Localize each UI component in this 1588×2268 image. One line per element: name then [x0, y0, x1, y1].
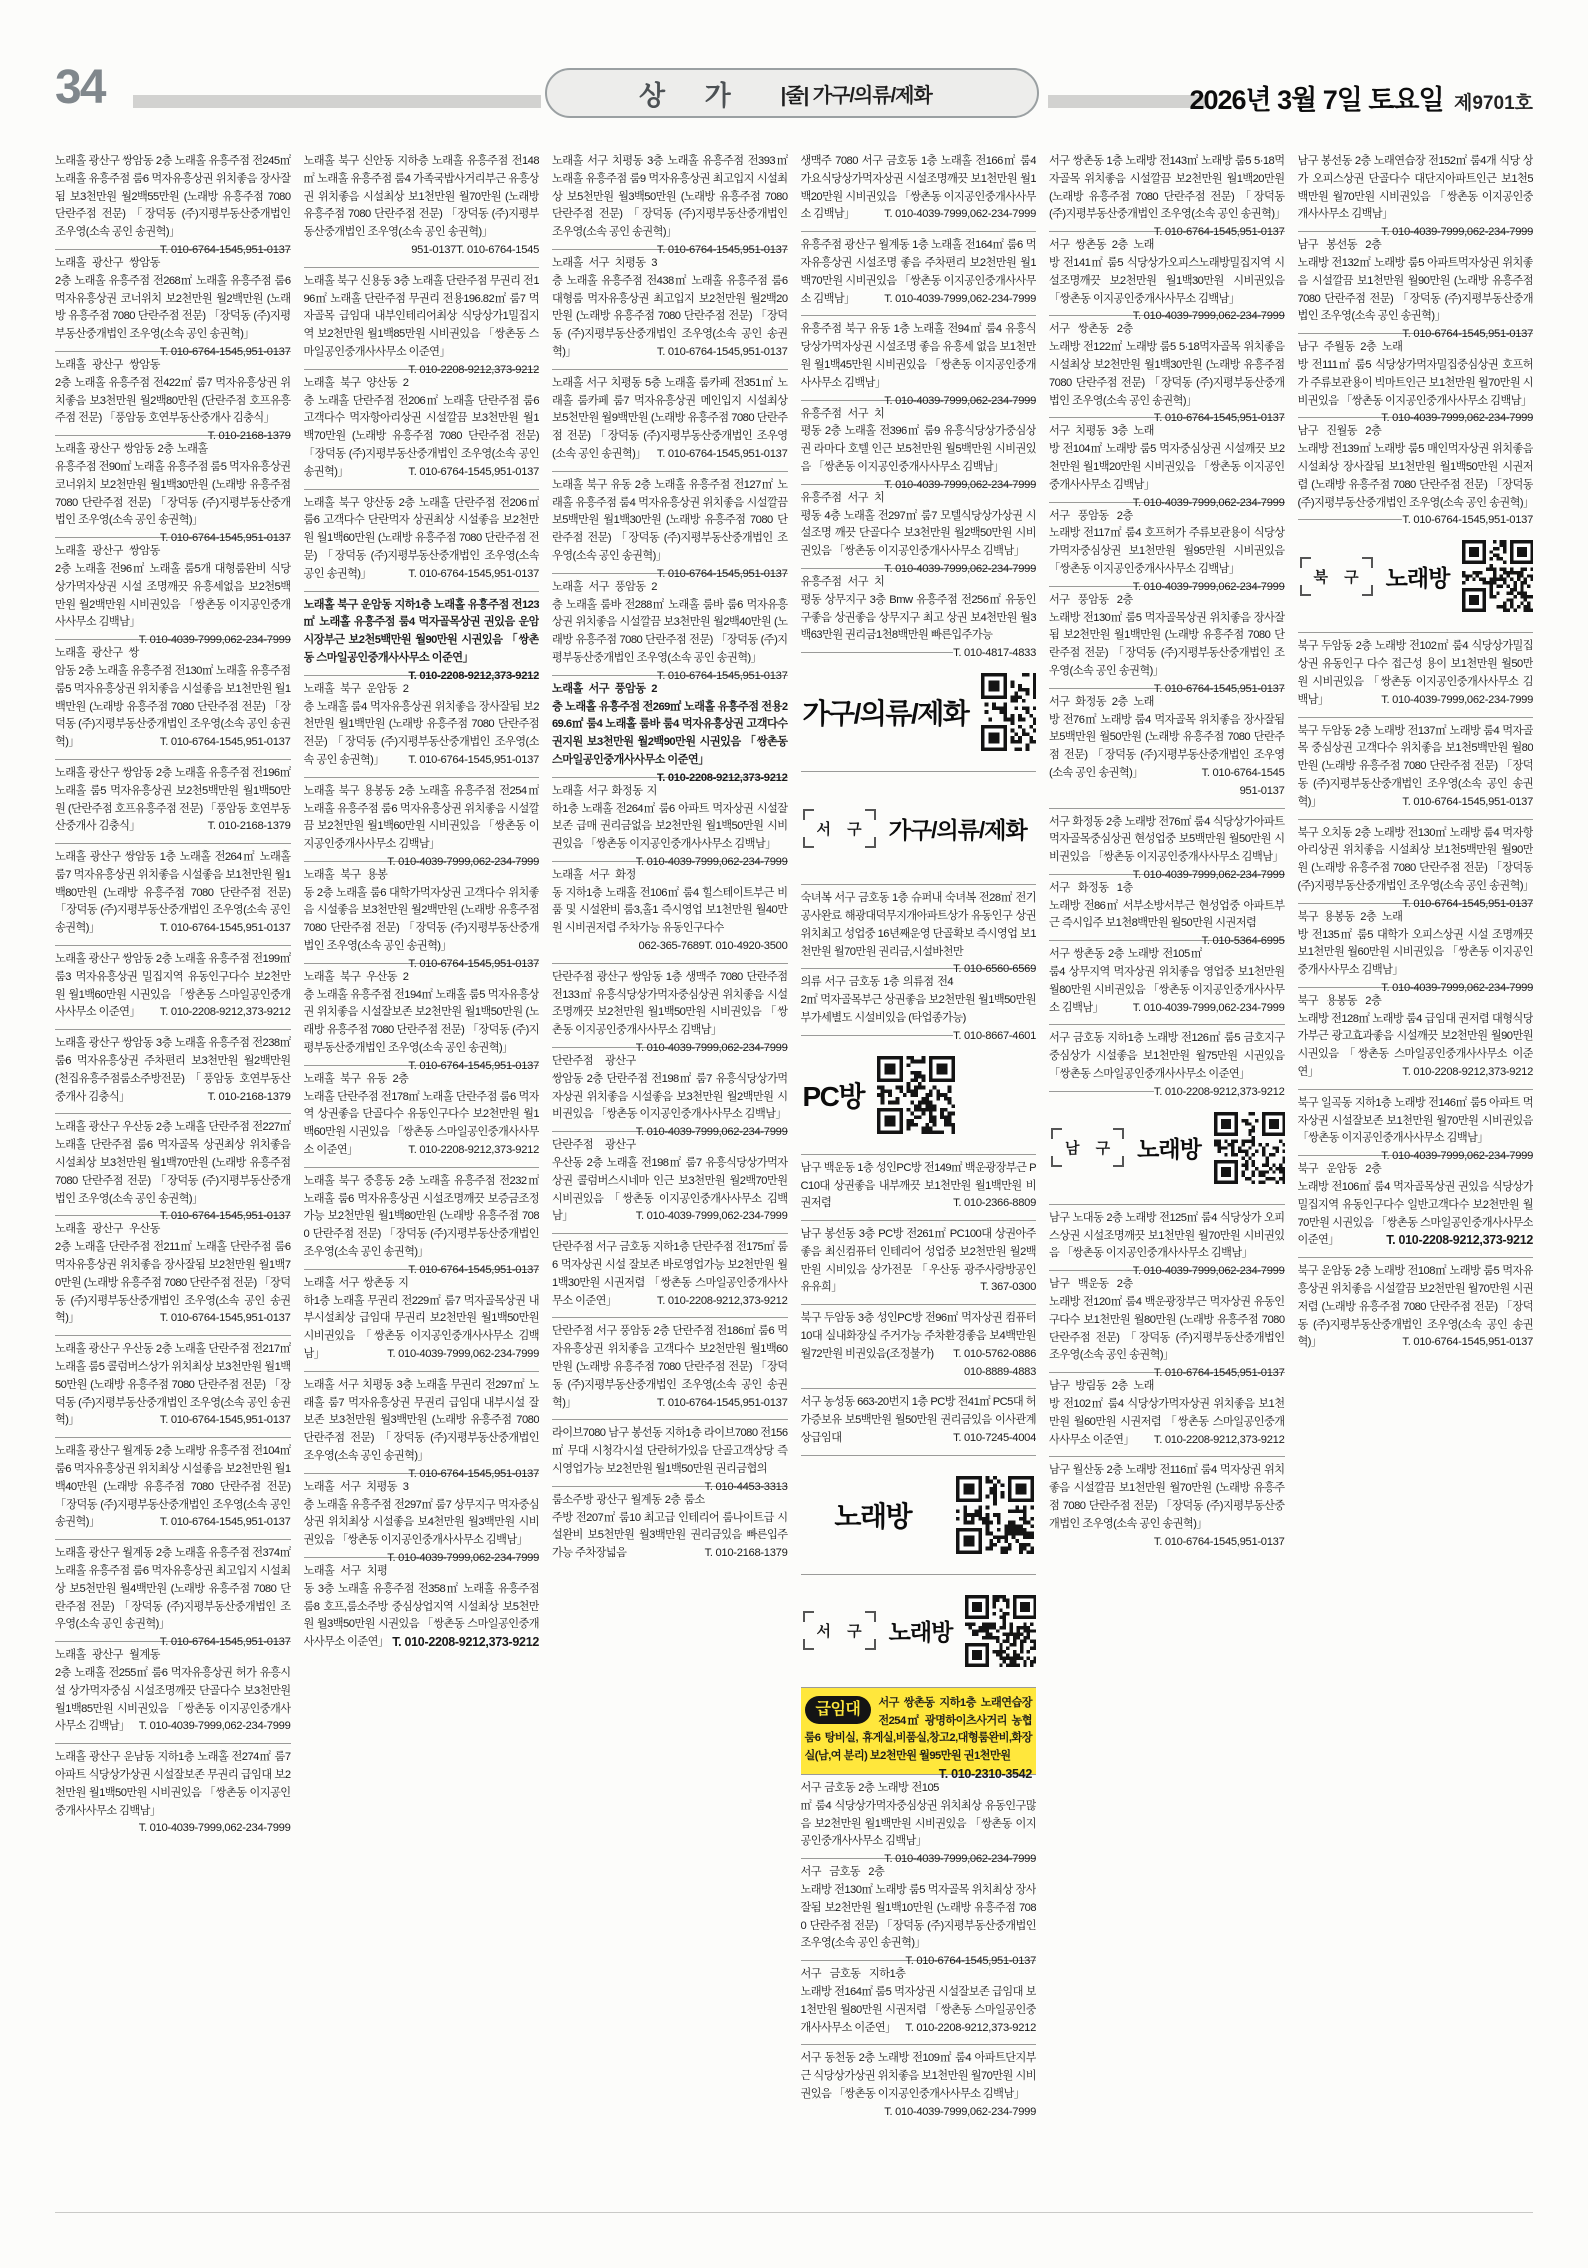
ad-phone: T. 010-4039-7999,062-234-7999 [387, 854, 539, 872]
classified-ad: 노래홀 북구 운암동 지하1층 노래홀 유흥주점 전123㎡ 노래홀 유흥주점 … [304, 591, 540, 675]
ad-phone: T. 010-6764-1545,951-0137 [160, 1412, 291, 1430]
ad-phone: T. 010-2208-9212,373-9212 [905, 2020, 1036, 2038]
header-rule-left [133, 95, 541, 108]
ad-phone: T. 010-6764-1545,951-0137 [1154, 681, 1285, 699]
ad-text: 라이브7080 남구 봉선동 지하1층 라이브7080 전156㎡ 무대 시청각… [552, 1427, 788, 1475]
ad-text: 서구 금호동 2층 노래방 전130㎡ 노래방 룸5 먹자골목 위치최상 장사잘… [801, 1866, 1037, 1949]
ads-column: 생맥주 7080 서구 금호동 1층 노래홀 전166㎡ 룸4 가요식당상가먹자… [801, 148, 1037, 2200]
classified-ad: 노래홀 광산구 우산동 2층 노래홀 단란주점 전211㎡ 노래홀 단란주점 룸… [55, 1215, 291, 1335]
classified-ad: 남구 월산동 2층 노래방 전116㎡ 룸4 먹자상권 위치좋음 시설깔끔 보1… [1049, 1456, 1285, 1540]
ad-text: 노래홀 북구 유동 2층 노래홀 유흥주점 전127㎡ 노래홀 유흥주점 룸4 … [552, 479, 788, 562]
classified-ad: 유흥주점 북구 유동 1층 노래홀 전94㎡ 룸4 유흥식당상가먹자상권 시설조… [801, 315, 1037, 399]
classified-ad: 노래홀 서구 화정동 지하1층 노래홀 전106㎡ 룸4 힐스테이트부근 비품 … [552, 861, 788, 963]
ads-column: 노래홀 광산구 쌍암동 2층 노래홀 유흥주점 전245㎡ 노래홀 유흥주점 룸… [55, 148, 291, 2200]
classified-ad: 서구 풍암동 2층 노래방 전130㎡ 룸5 먹자골목상권 위치좋음 장사잘됨 … [1049, 586, 1285, 688]
classified-ad: 노래홀 북구 용봉동 2층 노래홀 유흥주점 전254㎡ 노래홀 유흥주점 룸6… [304, 777, 540, 861]
ad-text: 남구 월산동 2층 노래방 전116㎡ 룸4 먹자상권 위치좋음 시설깔끔 보1… [1049, 1464, 1285, 1529]
classified-ad: 서구 쌍촌동 2층 노래방 전122㎡ 노래방 룸5 5·18먹자골목 위치좋음… [1049, 315, 1285, 417]
ad-text: 의류 서구 금호동 1층 의류점 전42㎡ 먹자골목부근 상권좋음 보2천만원 … [801, 976, 1037, 1024]
ad-phone: T. 010-4039-7999,062-234-7999 [1381, 224, 1533, 242]
ad-text: 노래홀 광산구 우산동 2층 노래홀 단란주점 전227㎡ 노래홀 단란주점 룸… [55, 1121, 291, 1204]
district-section-header: 서 구노래방 [801, 1574, 1037, 1687]
section-header-title: 노래방 [1137, 1131, 1201, 1164]
classified-ad: 단란주점 광산구 쌍암동 2층 단란주점 전198㎡ 룸7 유흥식당상가먹자상권… [552, 1047, 788, 1131]
ad-text: 노래홀 북구 양산동 2층 노래홀 단란주점 전206㎡ 노래홀 단란주점 룸6… [304, 377, 540, 478]
classified-ad: 노래홀 서구 치평동 3층 노래홀 유흥주점 전393㎡ 노래홀 유흥주점 룸9… [552, 148, 788, 249]
ad-text: 노래홀 광산구 쌍암동 2층 노래홀 유흥주점 전90㎡ 노래홀 유흥주점 룸5… [55, 443, 291, 526]
classified-ad: 남구 봉선동 3층 PC방 전261㎡ PC100대 상권아주좋음 최신컴퓨터 … [801, 1220, 1037, 1304]
ad-text: 남구 주월동 2층 노래방 전111㎡ 룸5 식당상가먹자밀집중심상권 호프허가… [1298, 341, 1534, 406]
classified-ad: 단란주점 서구 금호동 지하1층 단란주점 전175㎡ 룸6 먹자상권 시설 잘… [552, 1233, 788, 1317]
ad-text: 노래홀 서구 화정동 지하1층 노래홀 전264㎡ 룸6 아파트 먹자상권 시설… [552, 785, 788, 850]
classified-ad: 서구 쌍촌동 2층 노래방 전141㎡ 룸5 식당상가오피스노래방밀집지역 시설… [1049, 231, 1285, 315]
ad-phone: T. 010-6764-1545 [456, 242, 539, 260]
ad-phone: T. 010-4039-7999,062-234-7999 [884, 561, 1036, 579]
page-bottom-rule [55, 2212, 1533, 2213]
classified-ad: 서구 화정동 2층 노래방 전76㎡ 룸4 식당상가아파트먹자골목중심상권 현성… [1049, 808, 1285, 874]
section-header: 노래방 [801, 1455, 1037, 1574]
ad-phone: T. 010-6764-1545,951-0137 [160, 530, 291, 548]
section-header: PC방 [801, 1035, 954, 1154]
ad-text: 서구 치평동 3층 노래방 전104㎡ 노래방 룸5 먹자중심상권 시설깨끗 보… [1049, 425, 1285, 490]
section-header: 가구/의류/제화 [801, 652, 954, 771]
classified-ad: 유흥주점 광산구 월계동 1층 노래홀 전164㎡ 룸6 먹자유흥상권 시설조명… [801, 231, 1037, 315]
ad-phone: T. 010-4039-7999,062-234-7999 [139, 632, 291, 650]
ad-text: 남구 봉선동 2층 노래연습장 전152㎡ 룸4개 식당 상가 오피스상권 단골… [1298, 155, 1534, 220]
classified-ad: 남구 주월동 2층 노래방 전111㎡ 룸5 식당상가먹자밀집중심상권 호프허가… [1298, 333, 1534, 417]
ad-phone: T. 010-4039-7999,062-234-7999 [1133, 308, 1285, 326]
classified-ad: 노래홀 서구 치평동 3층 노래홀 유흥주점 전358㎡ 노래홀 유흥주점 룸8… [304, 1557, 540, 1659]
ad-text: 노래홀 서구 치평동 3층 노래홀 유흥주점 전393㎡ 노래홀 유흥주점 룸9… [552, 155, 788, 238]
ad-phone: T. 010-2208-9212,373-9212 [1154, 1084, 1285, 1102]
classified-ad: 서구 금호동 2층 노래방 전105㎡ 룸4 식당상가먹자중심상권 위치최상 유… [801, 1774, 1037, 1858]
ad-text: 북구 일곡동 지하1층 노래방 전146㎡ 룸5 아파트 먹자상권 시설잘보존 … [1298, 1097, 1534, 1145]
ad-phone: T. 010-6764-1545,951-0137 [408, 1058, 539, 1076]
ad-phone: T. 010-6764-1545,951-0137 [160, 920, 291, 938]
ad-text: 노래홀 광산구 쌍암동 2층 노래홀 유흥주점 전268㎡ 노래홀 유흥주점 룸… [55, 257, 291, 340]
classified-ad: 남구 백운동 1층 성인PC방 전149㎡ 백운광장부근 PC10대 상권좋음 … [801, 1154, 1037, 1220]
ad-phone: T. 010-2208-9212,373-9212 [1386, 1232, 1533, 1250]
ad-phone: T. 010-4039-7999,062-234-7999 [884, 2104, 1036, 2122]
classified-ad: 단란주점 광산구 우산동 2층 노래홀 전198㎡ 룸7 유흥식당상가먹자상권 … [552, 1131, 788, 1233]
classified-ad: 숙녀복 서구 금호동 1층 슈퍼내 숙녀복 전28㎡ 전기공사완료 해광대덕무지… [801, 884, 1037, 968]
district-section-header: 남 구노래방 [1049, 1091, 1154, 1204]
ads-column: 서구 쌍촌동 1층 노래방 전143㎡ 노래방 룸5 5·18먹자골목 위치좋음… [1049, 148, 1285, 2200]
section-header-title: 가구/의류/제화 [889, 812, 1027, 845]
classified-ad: 북구 용봉동 2층 노래방 전135㎡ 룸5 대학가 오피스상권 시설 조명깨끗… [1298, 903, 1534, 987]
classified-ad: 남구 백운동 2층 노래방 전120㎡ 룸4 백운광장부근 먹자상권 유동인구다… [1049, 1270, 1285, 1372]
classified-ad: 노래홀 북구 유동 2층 노래홀 유흥주점 전127㎡ 노래홀 유흥주점 룸4 … [552, 471, 788, 573]
classified-ad: 노래홀 광산구 쌍암동 2층 노래홀 유흥주점 전199㎡ 룸3 먹자유흥상권 … [55, 945, 291, 1029]
classified-ad: 남구 진월동 2층 노래방 전139㎡ 노래방 룸5 매인먹자상권 위치좋음 시… [1298, 417, 1534, 519]
classified-ad: 서구 치평동 3층 노래방 전104㎡ 노래방 룸5 먹자중심상권 시설깨끗 보… [1049, 417, 1285, 501]
ad-text: 노래홀 북구 운암동 지하1층 노래홀 유흥주점 전123㎡ 노래홀 유흥주점 … [304, 599, 540, 664]
classified-ad: 노래홀 북구 유동 2층 노래홀 단란주점 전178㎡ 노래홀 단란주점 룸6 … [304, 1065, 540, 1167]
ad-phone: T. 010-6764-1545,951-0137 [160, 1514, 291, 1532]
ad-phone: T. 010-6764-1545 [1202, 765, 1285, 783]
ad-phone: T. 010-6764-1545,951-0137 [408, 956, 539, 974]
classified-ad: 유흥주점 서구 치평동 2층 노래홀 전396㎡ 룸9 유흥식당상가중심상권 라… [801, 400, 1037, 484]
section-header-title: 노래방 [1386, 560, 1450, 593]
ad-text: 노래홀 북구 용봉동 2층 노래홀 룸6 대학가먹자상권 고객다수 위치좋음 시… [304, 869, 540, 952]
classified-ad: 서구 풍암동 2층 노래방 전117㎡ 룸4 호프허가 주류보관용이 식당상가먹… [1049, 502, 1285, 586]
ad-phone: T. 010-2208-9212,373-9212 [657, 770, 788, 788]
ad-phone: T. 010-6764-1545,951-0137 [160, 734, 291, 752]
ad-text: 남구 백운동 2층 노래방 전120㎡ 룸4 백운광장부근 먹자상권 유동인구다… [1049, 1278, 1285, 1361]
ad-text: 노래홀 서구 화정동 지하1층 노래홀 전106㎡ 룸4 힐스테이트부근 비품 … [552, 869, 788, 934]
classified-ad: 남구 봉선동 2층 노래연습장 전152㎡ 룸4개 식당 상가 오피스상권 단골… [1298, 148, 1534, 231]
page-number: 34 [55, 60, 104, 115]
classified-ad: 북구 운암동 2층 노래방 전106㎡ 룸4 먹자골목상권 권있음 식당상가밀집… [1298, 1155, 1534, 1257]
classified-ad: 북구 두암동 2층 노래방 전102㎡ 룸4 식당상가밀집상권 유동인구 다수 … [1298, 632, 1534, 716]
ad-phone: T. 010-6764-1545,951-0137 [657, 242, 788, 260]
classified-ad: 생맥주 7080 서구 금호동 1층 노래홀 전166㎡ 룸4 가요식당상가먹자… [801, 148, 1037, 231]
ad-phone: T. 010-4039-7999,062-234-7999 [884, 206, 1036, 224]
classified-ad: 북구 운암동 2층 노래방 전108㎡ 노래방 룸5 먹자유흥상권 위치좋음 시… [1298, 1257, 1534, 1359]
classified-ad: 서구 금호동 지하1층 노래방 전164㎡ 룸5 먹자상권 시설잘보존 급임대 … [801, 1960, 1037, 2044]
ad-phone: T. 010-5364-6995 [1202, 933, 1285, 951]
ad-phone: T. 010-4039-7999,062-234-7999 [884, 291, 1036, 309]
ad-phone: T. 010-2310-3542 [939, 1766, 1032, 1784]
ad-text: 남구 노대동 2층 노래방 전125㎡ 룸4 식당상가 오피스상권 시설조명깨끗… [1049, 1212, 1285, 1260]
ad-text: 서구 쌍촌동 1층 노래방 전143㎡ 노래방 룸5 5·18먹자골목 위치좋음… [1049, 155, 1285, 220]
ad-text: 숙녀복 서구 금호동 1층 슈퍼내 숙녀복 전28㎡ 전기공사완료 해광대덕무지… [801, 892, 1037, 957]
classified-ad: 노래홀 북구 양산동 2층 노래홀 단란주점 전206㎡ 노래홀 단란주점 룸6… [304, 369, 540, 489]
district-section-header: 북 구노래방 [1298, 519, 1403, 632]
ad-text: 노래홀 광산구 운남동 지하1층 노래홀 전274㎡ 룸7 아파트 식당상가상권… [55, 1751, 291, 1816]
section-header-title: 노래방 [889, 1614, 953, 1647]
ad-phone: T. 010-4039-7999,062-234-7999 [1381, 980, 1533, 998]
ad-phone: T. 010-6764-1545,951-0137 [1402, 794, 1533, 812]
classified-ad: 서구 농성동 663-20번지 1층 PC방 전41㎡ PC5대 허가증보유 보… [801, 1388, 1037, 1454]
classified-ad: 서구 화정동 2층 노래방 전76㎡ 노래방 룸4 먹자골목 위치좋음 장사잘됨… [1049, 688, 1285, 808]
classified-ad: 노래홀 광산구 쌍암동 2층 노래홀 유흥주점 전422㎡ 룸7 먹자유흥상권 … [55, 351, 291, 435]
urgent-rental-badge: 급임대 [805, 1696, 872, 1724]
classified-ad: 노래홀 서구 쌍촌동 지하1층 노래홀 무권리 전229㎡ 룸7 먹자골목상권 … [304, 1269, 540, 1371]
ad-phone: T. 010-4039-7999,062-234-7999 [387, 1346, 539, 1364]
ad-phone: T. 010-2208-9212,373-9212 [657, 1293, 788, 1311]
ad-text: 노래홀 북구 신용동 3층 노래홀 단란주점 무권리 전196㎡ 노래홀 단란주… [304, 275, 540, 358]
ad-text: 노래홀 서구 풍암동 2층 노래홀 룸바 전288㎡ 노래홀 룸바 룸6 먹자유… [552, 581, 788, 664]
classified-ad: 노래홀 광산구 운남동 지하1층 노래홀 전274㎡ 룸7 아파트 식당상가상권… [55, 1743, 291, 1827]
section-header-title: 노래방 [803, 1495, 944, 1535]
ad-text: 유흥주점 서구 치평동 4층 노래홀 전297㎡ 룸7 모텔식당상가상권 시설조… [801, 492, 1037, 557]
ad-phone: T. 010-4453-3313 [705, 1479, 788, 1497]
qr-code [1462, 540, 1533, 612]
classified-ad: 룸소주방 광산구 월계동 2층 룸소주방 전207㎡ 룸10 최고급 인테리어 … [552, 1486, 788, 1570]
ad-text: 노래홀 북구 중흥동 2층 노래홀 유흥주점 전232㎡ 노래홀 룸6 먹자유흥… [304, 1175, 540, 1258]
ad-text: 노래홀 서구 치평동 3층 노래홀 유흥주점 전438㎡ 노래홀 유흥주점 룸6… [552, 257, 788, 358]
ad-phone: T. 010-4039-7999,062-234-7999 [1133, 579, 1285, 597]
classified-ad: 노래홀 북구 중흥동 2층 노래홀 유흥주점 전232㎡ 노래홀 룸6 먹자유흥… [304, 1167, 540, 1269]
ad-phone: T. 010-7245-4004 [953, 1430, 1036, 1448]
classified-ad: 노래홀 광산구 쌍암동 3층 노래홀 유흥주점 전238㎡ 룸6 먹자유흥상권 … [55, 1029, 291, 1113]
ad-text: 단란주점 광산구 쌍암동 1층 생맥주 7080 단란주점 전133㎡ 유흥식당… [552, 971, 788, 1036]
ad-text: 노래홀 서구 치평동 3층 노래홀 유흥주점 전297㎡ 룸7 상무지구 먹자중… [304, 1481, 540, 1546]
classified-ad: 노래홀 서구 치평동 5층 노래홀 룸카페 전351㎡ 노래홀 룸카페 룸7 먹… [552, 369, 788, 471]
ad-phone: T. 010-6764-1545,951-0137 [160, 1310, 291, 1328]
ad-phone: T. 010-6764-1545,951-0137 [408, 464, 539, 482]
classified-ad: 노래홀 북구 운암동 2층 노래홀 룸4 먹자유흥상권 위치좋음 장사잘됨 보2… [304, 675, 540, 777]
ad-phone: T. 010-4039-7999,062-234-7999 [636, 1124, 788, 1142]
classified-ad: 노래홀 북구 신안동 지하층 노래홀 유흥주점 전148㎡ 노래홀 유흥주점 룸… [304, 148, 540, 267]
ad-text: 노래홀 광산구 우산동 2층 노래홀 단란주점 전211㎡ 노래홀 단란주점 룸… [55, 1223, 291, 1324]
ads-column: 노래홀 북구 신안동 지하층 노래홀 유흥주점 전148㎡ 노래홀 유흥주점 룸… [304, 148, 540, 2200]
ad-text: 노래홀 북구 신안동 지하층 노래홀 유흥주점 전148㎡ 노래홀 유흥주점 룸… [304, 155, 540, 238]
ad-text: 서구 풍암동 2층 노래방 전117㎡ 룸4 호프허가 주류보관용이 식당상가먹… [1049, 510, 1285, 575]
qr-code [981, 673, 1036, 751]
classified-ad: 남구 노대동 2층 노래방 전125㎡ 룸4 식당상가 오피스상권 시설조명깨끗… [1049, 1204, 1285, 1270]
ad-phone-secondary: 010-8889-4883 [801, 1364, 1037, 1382]
ad-phone: T. 010-4039-7999,062-234-7999 [1133, 867, 1285, 885]
ad-phone: T. 010-2208-9212,373-9212 [408, 668, 539, 686]
classified-ad: 북구 두암동 3층 성인PC방 전96㎡ 먹자상권 컴퓨터10대 실내화장실 주… [801, 1304, 1037, 1388]
classified-ad: 노래홀 광산구 월계동 2층 노래방 유흥주점 전104㎡ 룸6 먹자유흥상권 … [55, 1437, 291, 1539]
classified-ad: 노래홀 광산구 쌍암동 2층 노래홀 유흥주점 전130㎡ 노래홀 유흥주점 룸… [55, 639, 291, 759]
classified-ad: 노래홀 광산구 쌍암동 2층 노래홀 전96㎡ 노래홀 룸5개 대형룸완비 식당… [55, 537, 291, 639]
ad-text: 노래홀 북구 용봉동 2층 노래홀 유흥주점 전254㎡ 노래홀 유흥주점 룸6… [304, 785, 540, 850]
ad-phone: T. 010-4039-7999,062-234-7999 [636, 854, 788, 872]
ad-text: 서구 금호동 2층 노래방 전105㎡ 룸4 식당상가먹자중심상권 위치최상 유… [801, 1782, 1037, 1847]
ad-text: 노래홀 광산구 월계동 2층 노래홀 유흥주점 전374㎡ 노래홀 유흥주점 룸… [55, 1547, 291, 1630]
ad-phone: T. 010-2168-1379 [208, 1089, 291, 1107]
ad-phone: T. 010-6560-6569 [953, 961, 1036, 979]
classified-ad: 북구 일곡동 지하1층 노래방 전146㎡ 룸5 아파트 먹자상권 시설잘보존 … [1298, 1089, 1534, 1155]
district-badge: 서 구 [803, 1611, 876, 1650]
ad-phone: T. 010-6764-1545,951-0137 [1402, 512, 1533, 530]
ad-text: 노래홀 서구 풍암동 2층 노래홀 유흥주점 전269㎡ 노래홀 유흥주점 전용… [552, 683, 788, 766]
section-pill: 상 가 |줄| 가구/의류/제화 [545, 68, 1039, 118]
ad-phone: T. 010-6764-1545,951-0137 [905, 1953, 1036, 1971]
ad-phone: T. 010-2208-9212,373-9212 [408, 362, 539, 380]
ad-phone: T. 010-2208-9212,373-9212 [1154, 1432, 1285, 1450]
ad-phone: T. 010-6764-1545,951-0137 [160, 344, 291, 362]
classified-ad: 노래홀 북구 용봉동 2층 노래홀 룸6 대학가먹자상권 고객다수 위치좋음 시… [304, 861, 540, 963]
classified-ad: 노래홀 광산구 월계동 2층 노래홀 전255㎡ 룸6 먹자유흥상권 허가 유흥… [55, 1641, 291, 1743]
ad-phone: T. 010-6764-1545,951-0137 [1402, 326, 1533, 344]
classified-ad: 노래홀 광산구 월계동 2층 노래홀 유흥주점 전374㎡ 노래홀 유흥주점 룸… [55, 1539, 291, 1641]
classified-ad: 노래홀 북구 우산동 2층 노래홀 유흥주점 전194㎡ 노래홀 룸5 먹자유흥… [304, 963, 540, 1065]
ad-phone: T. 010-8667-4601 [953, 1028, 1036, 1046]
ad-phone: T. 010-6764-1545,951-0137 [408, 566, 539, 584]
ad-phone: T. 010-6764-1545,951-0137 [1154, 1534, 1285, 1552]
classified-ad: 남구 봉선동 2층 노래방 전132㎡ 노래방 룸5 아파트먹자상권 위치좋음 … [1298, 231, 1534, 333]
classified-ad: 북구 오치동 2층 노래방 전130㎡ 노래방 룸4 먹자항아리상권 위치좋음 … [1298, 819, 1534, 903]
classified-ad: 서구 동천동 2층 노래방 전109㎡ 룸4 아파트단지부근 식당상가상권 위치… [801, 2044, 1037, 2110]
ad-phone: T. 010-2208-9212,373-9212 [160, 1004, 291, 1022]
ad-phone: T. 010-2366-8809 [953, 1195, 1036, 1213]
issue-date: 2026년 3월 7일 토요일 [1189, 85, 1443, 115]
ad-phone: T. 010-6764-1545,951-0137 [1402, 896, 1533, 914]
classified-ad: 노래홀 서구 풍암동 2층 노래홀 유흥주점 전269㎡ 노래홀 유흥주점 전용… [552, 675, 788, 777]
classified-ad: 라이브7080 남구 봉선동 지하1층 라이브7080 전156㎡ 무대 시청각… [552, 1419, 788, 1485]
classified-ad: 남구 방림동 2층 노래방 전102㎡ 룸4 식당상가먹자상권 위치좋음 보1천… [1049, 1372, 1285, 1456]
classified-ad: 북구 두암동 2층 노래방 전137㎡ 노래방 룸4 먹자골목 중심상권 고객다… [1298, 717, 1534, 819]
classified-ad: 유흥주점 서구 치평동 4층 노래홀 전297㎡ 룸7 모텔식당상가상권 시설조… [801, 484, 1037, 568]
classified-ad: 노래홀 북구 신용동 3층 노래홀 단란주점 무권리 전196㎡ 노래홀 단란주… [304, 267, 540, 369]
district-badge: 북 구 [1300, 557, 1373, 596]
ads-column: 노래홀 서구 치평동 3층 노래홀 유흥주점 전393㎡ 노래홀 유흥주점 룸9… [552, 148, 788, 2200]
classified-ad: 서구 금호동 지하1층 노래방 전126㎡ 룸5 금호지구 중심상가 시설좋음 … [1049, 1024, 1285, 1090]
ad-text: 단란주점 광산구 쌍암동 2층 단란주점 전198㎡ 룸7 유흥식당상가먹자상권… [552, 1055, 788, 1120]
ad-phone: T. 010-6764-1545,951-0137 [408, 752, 539, 770]
ad-phone: T. 010-4039-7999,062-234-7999 [1133, 495, 1285, 513]
ad-phone: T. 010-4039-7999,062-234-7999 [1381, 410, 1533, 428]
ad-text: 노래홀 북구 우산동 2층 노래홀 유흥주점 전194㎡ 노래홀 룸5 먹자유흥… [304, 971, 540, 1054]
district-section-header: 서 구가구/의류/제화 [801, 771, 1037, 884]
ad-text: 유흥주점 북구 유동 1층 노래홀 전94㎡ 룸4 유흥식당상가먹자상권 시설조… [801, 323, 1037, 388]
ad-phone: T. 010-6764-1545,951-0137 [657, 1395, 788, 1413]
ad-phone: T. 010-6764-1545,951-0137 [657, 344, 788, 362]
ad-phone: T. 010-2208-9212,373-9212 [1402, 1064, 1533, 1082]
classified-ad: 노래홀 광산구 쌍암동 2층 노래홀 유흥주점 전245㎡ 노래홀 유흥주점 룸… [55, 148, 291, 249]
classified-ad: 급임대서구 쌍촌동 지하1층 노래연습장 전254㎡ 광명하이츠사거리 농협 룸… [801, 1687, 1037, 1774]
ad-phone: T. 010-6764-1545,951-0137 [657, 566, 788, 584]
ad-phone: T. 010-4039-7999,062-234-7999 [636, 1208, 788, 1226]
ad-phone: T. 010-4039-7999,062-234-7999 [139, 1820, 291, 1838]
ad-phone: T. 010-6764-1545,951-0137 [160, 242, 291, 260]
header-rule-right [1048, 95, 1208, 108]
classified-ad: 유흥주점 서구 치평동 상무지구 3층 Bmw 유흥주점 전256㎡ 유동인구좋… [801, 568, 1037, 652]
ad-text: 유흥주점 서구 치평동 상무지구 3층 Bmw 유흥주점 전256㎡ 유동인구좋… [801, 576, 1037, 641]
ad-phone: T. 010-6764-1545,951-0137 [657, 446, 788, 464]
ad-text: 서구 금호동 지하1층 노래방 전126㎡ 룸5 금호지구 중심상가 시설좋음 … [1049, 1032, 1285, 1080]
ad-text: 유흥주점 서구 치평동 2층 노래홀 전396㎡ 룸9 유흥식당상가중심상권 라… [801, 408, 1037, 473]
ad-phone: T. 010-4039-7999,062-234-7999 [1133, 1000, 1285, 1018]
classified-ad: 노래홀 광산구 쌍암동 2층 노래홀 유흥주점 전268㎡ 노래홀 유흥주점 룸… [55, 249, 291, 351]
ad-text: 노래홀 서구 치평동 3층 노래홀 무권리 전297㎡ 노래홀 룸7 먹자유흥상… [304, 1379, 540, 1462]
section-category: |줄| 가구/의류/제화 [781, 79, 932, 108]
ad-phone: T. 010-6764-1545,951-0137 [160, 1634, 291, 1652]
ad-text: 북구 오치동 2층 노래방 전130㎡ 노래방 룸4 먹자항아리상권 위치좋음 … [1298, 827, 1534, 892]
section-title: 상 가 [639, 74, 747, 113]
ad-phone: T. 010-6764-1545,951-0137 [1154, 1365, 1285, 1383]
ad-phone: T. 010-4039-7999,062-234-7999 [1133, 1263, 1285, 1281]
ad-text: 남구 봉선동 2층 노래방 전132㎡ 노래방 룸5 아파트먹자상권 위치좋음 … [1298, 239, 1534, 322]
ad-text: 노래홀 광산구 쌍암동 2층 노래홀 유흥주점 전422㎡ 룸7 먹자유흥상권 … [55, 359, 291, 424]
classified-ad: 단란주점 서구 풍암동 2층 단란주점 전186㎡ 룸6 먹자유흥상권 위치좋음… [552, 1317, 788, 1419]
district-badge: 서 구 [803, 809, 876, 848]
ad-phone: T. 010-4039-7999,062-234-7999 [636, 1040, 788, 1058]
ad-text: 서구 풍암동 2층 노래방 전130㎡ 룸5 먹자골목상권 위치좋음 장사잘됨 … [1049, 594, 1285, 677]
ad-phone: T. 010-4920-3500 [705, 938, 788, 956]
ad-phone: T. 010-4039-7999,062-234-7999 [884, 393, 1036, 411]
classified-ad: 북구 용봉동 2층 노래방 전128㎡ 노래방 룸4 급임대 권저렴 대형식당가… [1298, 987, 1534, 1089]
ad-phone: T. 010-6764-1545,951-0137 [160, 1208, 291, 1226]
ad-text: 노래홀 광산구 쌍암동 2층 노래홀 유흥주점 전245㎡ 노래홀 유흥주점 룸… [55, 155, 291, 238]
ad-phone: T. 010-4039-7999,062-234-7999 [884, 477, 1036, 495]
ads-column: 남구 봉선동 2층 노래연습장 전152㎡ 룸4개 식당 상가 오피스상권 단골… [1298, 148, 1534, 2200]
ad-text: 서구 화정동 1층 노래방 전86㎡ 서부소방서부근 현성업중 아파트부근 즉시… [1049, 882, 1285, 930]
ad-phone-secondary: 951-0137 [1049, 783, 1285, 801]
qr-code [956, 1476, 1034, 1554]
ad-phone: T. 010-2208-9212,373-9212 [408, 1142, 539, 1160]
ad-phone: T. 010-4039-7999,062-234-7999 [139, 1718, 291, 1736]
ad-phone: T. 010-5762-0886 [953, 1346, 1036, 1364]
classified-ad: 서구 쌍촌동 2층 노래방 전105㎡ 룸4 상무지역 먹자상권 위치좋음 영업… [1049, 940, 1285, 1024]
ad-phone: T. 010-6764-1545,951-0137 [1402, 1334, 1533, 1352]
ad-phone: T. 010-4817-4833 [953, 645, 1036, 663]
classified-ad: 서구 금호동 2층 노래방 전130㎡ 노래방 룸5 먹자골목 위치최상 장사잘… [801, 1858, 1037, 1960]
ad-text: 노래홀 광산구 쌍암동 2층 노래홀 유흥주점 전130㎡ 노래홀 유흥주점 룸… [55, 647, 291, 748]
classified-ad: 노래홀 서구 치평동 3층 노래홀 유흥주점 전297㎡ 룸7 상무지구 먹자중… [304, 1473, 540, 1557]
classified-ad: 단란주점 광산구 쌍암동 1층 생맥주 7080 단란주점 전133㎡ 유흥식당… [552, 963, 788, 1047]
ad-phone: T. 367-0300 [980, 1279, 1036, 1297]
ad-phone: T. 010-6764-1545,951-0137 [1154, 224, 1285, 242]
classified-ad: 노래홀 서구 풍암동 2층 노래홀 룸바 전288㎡ 노래홀 룸바 룸6 먹자유… [552, 573, 788, 675]
ad-phone: T. 010-2168-1379 [208, 818, 291, 836]
ad-text: 서구 화정동 2층 노래방 전76㎡ 룸4 식당상가아파트먹자골목중심상권 현성… [1049, 816, 1285, 864]
qr-code [877, 1056, 955, 1134]
section-header-title: 가구/의류/제화 [803, 692, 969, 732]
ad-phone: T. 010-6764-1545,951-0137 [657, 668, 788, 686]
ad-phone: T. 010-6764-1545,951-0137 [408, 1466, 539, 1484]
ad-phone: T. 010-4039-7999,062-234-7999 [387, 1550, 539, 1568]
qr-code [1214, 1112, 1285, 1184]
ad-text: 서구 동천동 2층 노래방 전109㎡ 룸4 아파트단지부근 식당상가상권 위치… [801, 2052, 1037, 2100]
classified-ad: 노래홀 북구 양산동 2층 노래홀 단란주점 전206㎡ 룸6 고객다수 단란먹… [304, 489, 540, 591]
issue-number: 제9701호 [1454, 93, 1533, 114]
ad-phone: T. 010-2208-9212,373-9212 [392, 1634, 539, 1652]
ad-text: 서구 쌍촌동 2층 노래방 전122㎡ 노래방 룸5 5·18먹자골목 위치좋음… [1049, 323, 1285, 406]
ad-text: 북구 용봉동 2층 노래방 전135㎡ 룸5 대학가 오피스상권 시설 조명깨끗… [1298, 911, 1534, 976]
ad-text: 남구 진월동 2층 노래방 전139㎡ 노래방 룸5 매인먹자상권 위치좋음 시… [1298, 425, 1534, 508]
ad-text: 노래홀 광산구 쌍암동 2층 노래홀 전96㎡ 노래홀 룸5개 대형룸완비 식당… [55, 545, 291, 628]
classified-ad: 노래홀 광산구 우산동 2층 노래홀 단란주점 전227㎡ 노래홀 단란주점 룸… [55, 1113, 291, 1215]
dateline: 2026년 3월 7일 토요일 제9701호 [1189, 78, 1533, 117]
classified-ad: 노래홀 광산구 쌍암동 2층 노래홀 유흥주점 전90㎡ 노래홀 유흥주점 룸5… [55, 435, 291, 537]
classified-ad: 노래홀 서구 치평동 3층 노래홀 무권리 전297㎡ 노래홀 룸7 먹자유흥상… [304, 1371, 540, 1473]
district-badge: 남 구 [1051, 1128, 1124, 1167]
ad-phone: T. 010-6764-1545,951-0137 [1154, 410, 1285, 428]
ad-phone: T. 010-4039-7999,062-234-7999 [884, 1851, 1036, 1869]
classified-ad: 노래홀 광산구 쌍암동 2층 노래홀 유흥주점 전196㎡ 노래홀 룸5 먹자유… [55, 759, 291, 843]
ad-phone: T. 010-4039-7999,062-234-7999 [1381, 692, 1533, 710]
ad-phone: T. 010-4039-7999,062-234-7999 [1381, 1148, 1533, 1166]
ad-text: 서구 쌍촌동 2층 노래방 전141㎡ 룸5 식당상가오피스노래방밀집지역 시설… [1049, 239, 1285, 304]
newspaper-page: 34 상 가 |줄| 가구/의류/제화 2026년 3월 7일 토요일 제970… [0, 0, 1588, 2268]
section-header-title: PC방 [803, 1075, 864, 1115]
classified-ad: 서구 쌍촌동 1층 노래방 전143㎡ 노래방 룸5 5·18먹자골목 위치좋음… [1049, 148, 1285, 231]
qr-code [965, 1595, 1036, 1667]
classifieds-columns: 노래홀 광산구 쌍암동 2층 노래홀 유흥주점 전245㎡ 노래홀 유흥주점 룸… [55, 148, 1533, 2200]
classified-ad: 노래홀 광산구 쌍암동 1층 노래홀 전264㎡ 노래홀 룸7 먹자유흥상권 위… [55, 843, 291, 945]
ad-phone: T. 010-2168-1379 [208, 428, 291, 446]
ad-phone: T. 010-2168-1379 [705, 1545, 788, 1563]
ad-phone: T. 010-6764-1545,951-0137 [408, 1262, 539, 1280]
classified-ad: 노래홀 서구 치평동 3층 노래홀 유흥주점 전438㎡ 노래홀 유흥주점 룸6… [552, 249, 788, 369]
classified-ad: 노래홀 서구 화정동 지하1층 노래홀 전264㎡ 룸6 아파트 먹자상권 시설… [552, 777, 788, 861]
classified-ad: 노래홀 광산구 우산동 2층 노래홀 단란주점 전217㎡ 노래홀 룸5 콜럼버… [55, 1335, 291, 1437]
